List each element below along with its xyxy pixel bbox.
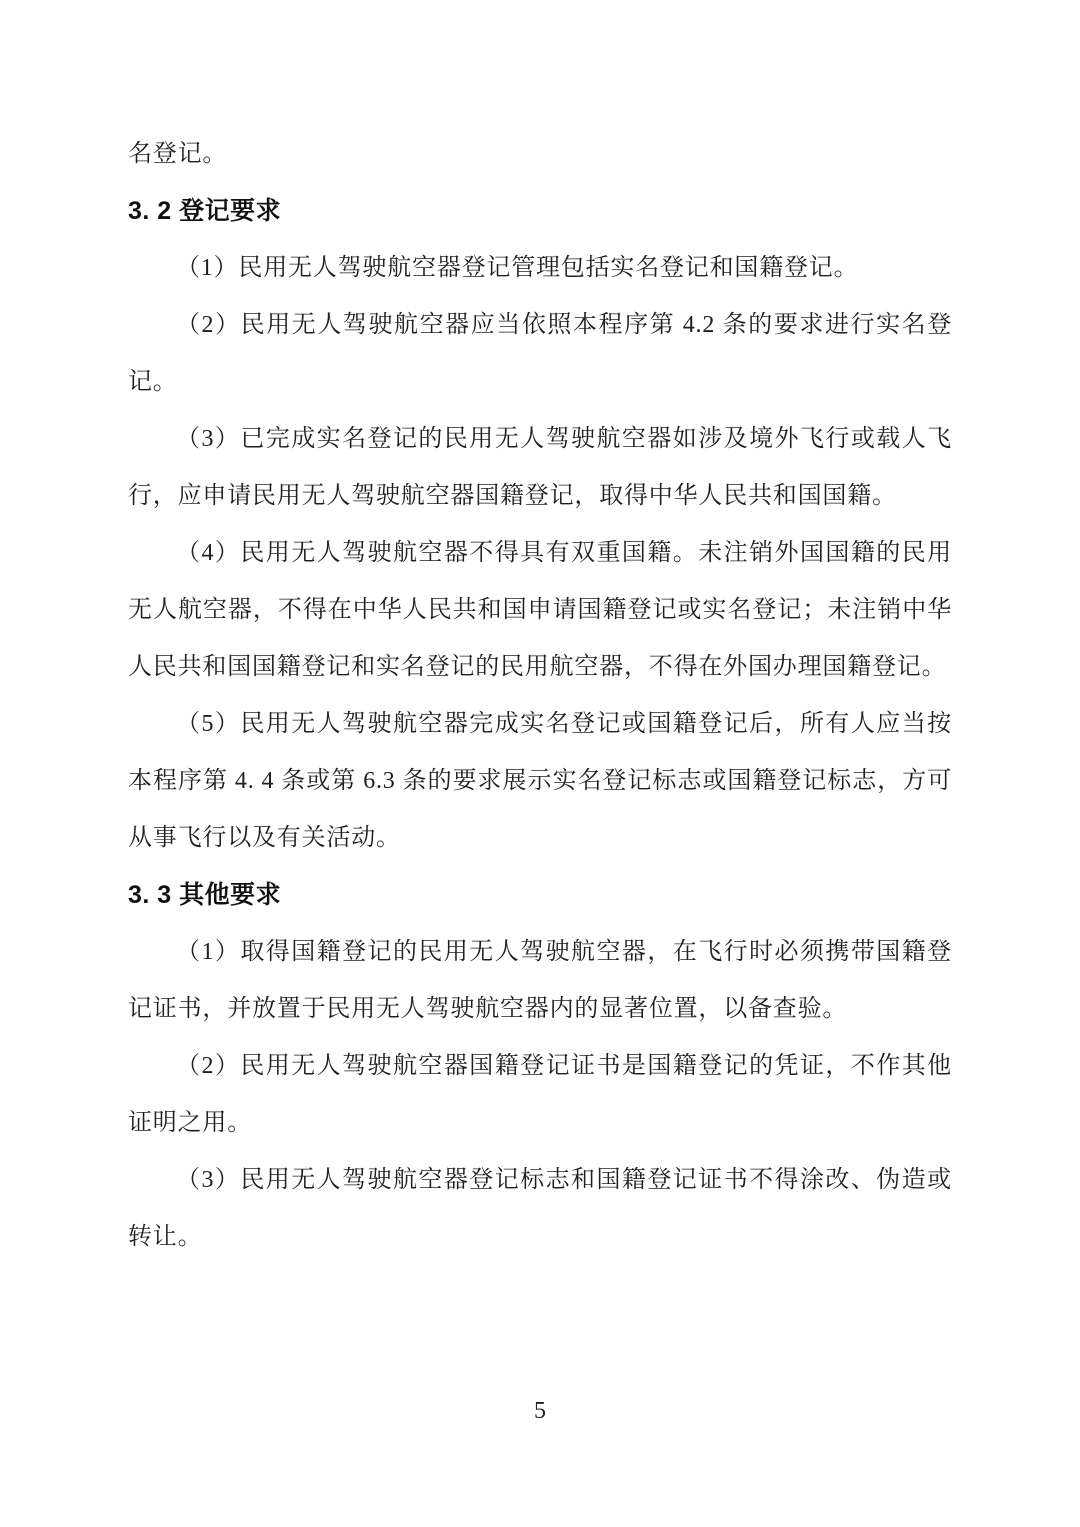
paragraph-other-1: （1）取得国籍登记的民用无人驾驶航空器，在飞行时必须携带国籍登记证书，并放置于民…: [128, 924, 952, 1038]
paragraph-continuation: 名登记。: [128, 126, 952, 183]
section-heading-3-2: 3. 2 登记要求: [128, 183, 952, 240]
paragraph-item-3: （3）已完成实名登记的民用无人驾驶航空器如涉及境外飞行或载人飞行，应申请民用无人…: [128, 411, 952, 525]
paragraph-item-5: （5）民用无人驾驶航空器完成实名登记或国籍登记后，所有人应当按本程序第 4. 4…: [128, 696, 952, 867]
document-page: 名登记。 3. 2 登记要求 （1）民用无人驾驶航空器登记管理包括实名登记和国籍…: [0, 0, 1080, 1527]
paragraph-other-3: （3）民用无人驾驶航空器登记标志和国籍登记证书不得涂改、伪造或转让。: [128, 1152, 952, 1266]
paragraph-other-2: （2）民用无人驾驶航空器国籍登记证书是国籍登记的凭证，不作其他证明之用。: [128, 1038, 952, 1152]
paragraph-item-4: （4）民用无人驾驶航空器不得具有双重国籍。未注销外国国籍的民用无人航空器，不得在…: [128, 525, 952, 696]
paragraph-item-2: （2）民用无人驾驶航空器应当依照本程序第 4.2 条的要求进行实名登记。: [128, 297, 952, 411]
document-body: 名登记。 3. 2 登记要求 （1）民用无人驾驶航空器登记管理包括实名登记和国籍…: [128, 126, 952, 1266]
section-heading-3-3: 3. 3 其他要求: [128, 867, 952, 924]
paragraph-item-1: （1）民用无人驾驶航空器登记管理包括实名登记和国籍登记。: [128, 240, 952, 297]
page-number: 5: [0, 1396, 1080, 1426]
